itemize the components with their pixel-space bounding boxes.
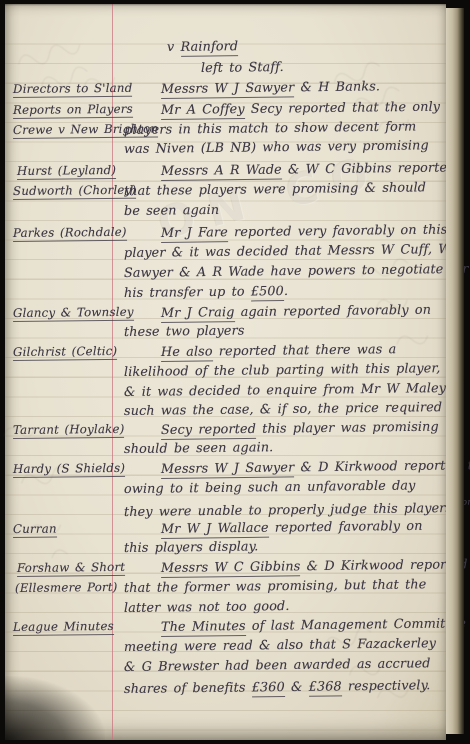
body-line: Mr J Fare reported very favorably on thi… <box>161 223 448 241</box>
body-segment: Mr J Craig <box>161 305 235 323</box>
page-stack-edge <box>446 8 464 734</box>
body-segment: Messrs W C Gibbins <box>161 559 301 578</box>
body-line: owing to it being such an unfavorable da… <box>124 478 416 497</box>
body-line: Sawyer & A R Wade have powers to negotia… <box>124 262 469 281</box>
body-segment: The Minutes <box>161 619 246 637</box>
body-segment: shares of benefits <box>124 680 252 697</box>
body-segment: & H Banks. <box>294 79 380 95</box>
body-segment: should be seen again. <box>124 440 274 457</box>
body-segment: that the former was promising, but that … <box>124 577 427 596</box>
body-segment: £360 <box>252 680 285 697</box>
body-line: & G Brewster had been awarded as accrued <box>124 656 431 675</box>
body-segment: Secy reported <box>161 422 256 440</box>
body-segment: owing to it being such an unfavorable da… <box>124 478 416 497</box>
body-line: player & it was decided that Messrs W Cu… <box>124 242 463 261</box>
body-line: Secy reported this player was promising <box>161 420 439 438</box>
text-layer: v Rainfordleft to Staff.Directors to S'l… <box>5 4 446 740</box>
body-line: Messrs A R Wade & W C Gibbins reported <box>161 160 456 179</box>
body-segment: & D Kirkwood reported that <box>294 458 470 475</box>
body-line: players in this match to show decent for… <box>124 119 417 138</box>
body-line: these two players <box>124 324 245 340</box>
body-segment: was Niven (LB NB) who was very promising <box>124 138 429 157</box>
body-segment: again reported favorably on <box>234 303 431 320</box>
body-segment: reported favorably on <box>269 519 423 536</box>
margin-note: Curran <box>13 522 57 538</box>
body-line: shares of benefits £360 & £368 respectiv… <box>124 678 431 697</box>
body-segment: his transfer up to <box>124 284 251 301</box>
body-segment: Mr J Fare <box>161 225 228 243</box>
body-line: be seen again <box>124 203 219 219</box>
body-line: He also reported that there was a <box>161 342 396 360</box>
body-segment: . <box>284 284 288 299</box>
body-segment: £368 <box>309 679 342 696</box>
page: ON CO v Rainfordleft to Staff.Directors … <box>5 4 446 740</box>
body-segment: meeting were read & also that S Fazacker… <box>124 636 436 655</box>
margin-note: (Ellesmere Port) <box>15 580 118 595</box>
margin-note: Forshaw & Short <box>17 560 125 577</box>
body-line: likelihood of the club parting with this… <box>124 361 441 380</box>
body-segment: He also <box>161 344 213 362</box>
body-segment: & D Kirkwood reported <box>300 557 467 574</box>
margin-note: Glancy & Townsley <box>13 305 134 322</box>
margin-note: Sudworth (Chorley) <box>13 183 136 200</box>
body-segment: this players display. <box>124 539 259 556</box>
body-segment: & <box>285 680 309 695</box>
body-segment: Mr A Coffey <box>161 102 245 120</box>
body-line: Mr W J Wallace reported favorably on <box>161 519 423 537</box>
body-segment: players in this match to show decent for… <box>124 119 417 138</box>
body-line: Messrs W C Gibbins & D Kirkwood reported <box>161 557 468 576</box>
body-segment: left to Staff. <box>201 60 284 76</box>
body-segment: Messrs W J Sawyer <box>161 80 294 99</box>
body-segment: be seen again <box>124 203 219 219</box>
body-segment: & W C Gibbins reported <box>282 160 456 177</box>
body-line: Mr J Craig again reported favorably on <box>161 303 431 321</box>
body-line: Messrs W J Sawyer & D Kirkwood reported … <box>161 458 470 477</box>
body-line: Messrs W J Sawyer & H Banks. <box>161 79 380 97</box>
photo-edge-shadow <box>0 0 470 6</box>
body-segment: such was the case, & if so, the price re… <box>124 400 442 419</box>
body-line: such was the case, & if so, the price re… <box>124 400 442 419</box>
body-line: v Rainford <box>167 39 238 55</box>
body-segment: & it was decided to enquire from Mr W Ma… <box>124 381 462 400</box>
margin-note: Hurst (Leyland) <box>17 163 116 180</box>
body-segment: Messrs W J Sawyer <box>161 460 294 479</box>
body-line: that these players were promising & shou… <box>124 180 426 199</box>
margin-note: Tarrant (Hoylake) <box>13 422 125 439</box>
body-segment: Secy reported that the only <box>245 100 441 117</box>
page-corner-shadow <box>5 676 105 740</box>
body-segment: of last Management Committee <box>246 616 467 634</box>
body-line: his transfer up to £500. <box>124 284 288 301</box>
body-line: this players display. <box>124 539 259 556</box>
body-line: & it was decided to enquire from Mr W Ma… <box>124 381 462 400</box>
margin-note: Hardy (S Shields) <box>13 461 125 478</box>
body-segment: these two players <box>124 324 245 340</box>
body-segment: this player was promising <box>256 420 439 437</box>
body-line: Mr A Coffey Secy reported that the only <box>161 100 440 118</box>
body-line: was Niven (LB NB) who was very promising <box>124 138 429 157</box>
margin-note: Parkes (Rochdale) <box>13 225 127 242</box>
body-segment: they were unable to properly judge this … <box>124 501 459 520</box>
body-segment: latter was not too good. <box>124 599 290 616</box>
body-line: latter was not too good. <box>124 599 290 616</box>
body-line: The Minutes of last Management Committee <box>161 616 466 635</box>
body-segment: £500 <box>251 284 284 301</box>
body-segment: player & it was decided that Messrs W Cu… <box>124 242 463 261</box>
minute-book-photo: ON CO v Rainfordleft to Staff.Directors … <box>0 0 470 744</box>
margin-note: Directors to S'land <box>13 81 133 98</box>
body-line: left to Staff. <box>201 60 284 76</box>
body-line: should be seen again. <box>124 440 274 457</box>
body-segment: that these players were promising & shou… <box>124 180 426 199</box>
body-segment: & G Brewster had been awarded as accrued <box>124 656 431 675</box>
body-segment: reported that there was a <box>213 342 397 359</box>
body-line: meeting were read & also that S Fazacker… <box>124 636 436 655</box>
body-line: that the former was promising, but that … <box>124 577 427 596</box>
margin-note: Gilchrist (Celtic) <box>13 344 118 361</box>
body-segment: Mr W J Wallace <box>161 521 269 539</box>
body-segment: likelihood of the club parting with this… <box>124 361 441 380</box>
body-segment: Messrs A R Wade <box>161 163 282 181</box>
body-segment: respectively. <box>342 678 431 694</box>
margin-note: League Minutes <box>13 619 114 636</box>
body-segment: reported very favorably on this <box>228 223 448 241</box>
body-line: they were unable to properly judge this … <box>124 498 470 520</box>
body-segment: v <box>167 40 181 55</box>
body-segment: Sawyer & A R Wade have powers to negotia… <box>124 262 469 281</box>
margin-note: Reports on Players <box>13 102 133 119</box>
body-segment: Rainford <box>180 39 238 57</box>
